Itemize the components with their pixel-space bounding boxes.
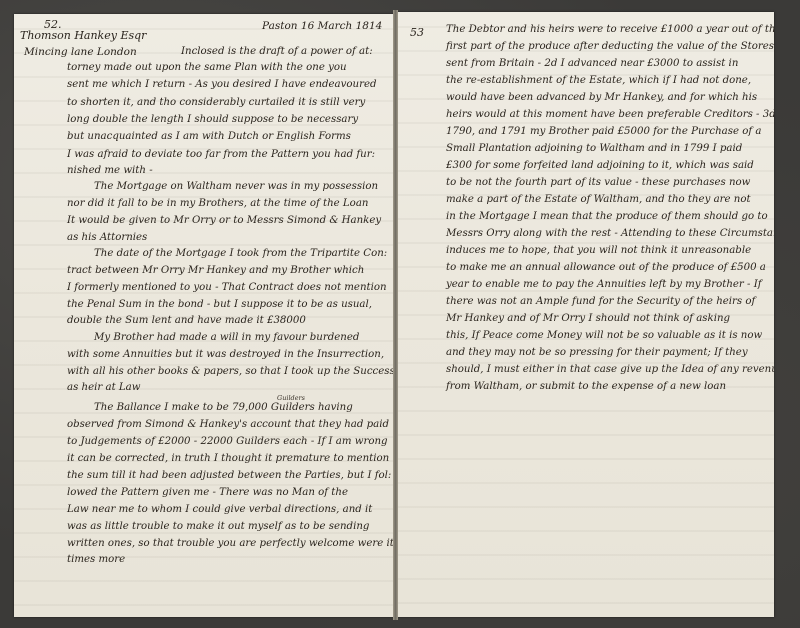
book-spine <box>393 10 398 620</box>
left-page-lower <box>14 14 395 617</box>
right-page-lower <box>396 12 774 617</box>
